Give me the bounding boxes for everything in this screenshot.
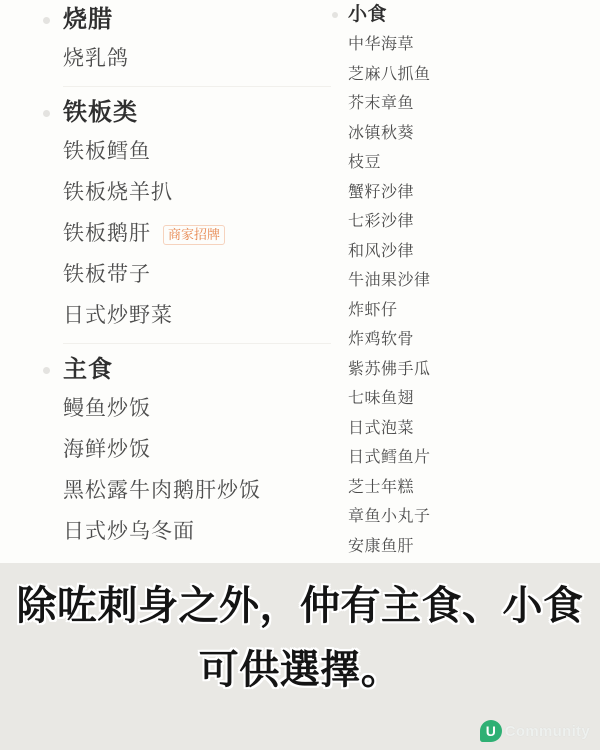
menu-item[interactable]: 海鲜炒饭 <box>63 435 348 465</box>
ucommunity-logo-text: Community <box>505 723 590 740</box>
menu-item-label: 炸鸡软骨 <box>348 326 414 349</box>
menu-item[interactable]: 枝豆 <box>348 146 593 176</box>
section-divider <box>63 343 331 344</box>
bullet-icon <box>43 17 50 24</box>
section-header: 铁板类 <box>63 97 348 129</box>
menu-item-label: 铁板鹅肝 <box>63 219 151 249</box>
section-header: 主食 <box>63 354 348 386</box>
menu-item-label: 日式泡菜 <box>348 415 414 438</box>
menu-item[interactable]: 蟹籽沙律 <box>348 176 593 206</box>
menu-item-label: 安康鱼肝 <box>348 533 414 556</box>
menu-item-label: 铁板带子 <box>63 260 151 290</box>
ucommunity-logo: U Community <box>480 720 590 742</box>
menu-item-label: 冰镇秋葵 <box>348 120 414 143</box>
caption-line-2: 可供選擇。 <box>0 646 600 694</box>
signature-tag: 商家招牌 <box>163 225 225 245</box>
menu-item-label: 铁板鳕鱼 <box>63 137 151 167</box>
menu-item-label: 七彩沙律 <box>348 208 414 231</box>
menu-item-label: 芥末章鱼 <box>348 90 414 113</box>
bullet-icon <box>43 110 50 117</box>
section-header-row: 小食 <box>348 2 593 28</box>
menu-item[interactable]: 芝麻八抓鱼 <box>348 58 593 88</box>
bullet-icon <box>332 12 338 18</box>
menu-item-label: 芝麻八抓鱼 <box>348 61 431 84</box>
menu-item-label: 鳗鱼炒饭 <box>63 394 151 424</box>
menu-item-label: 芝士年糕 <box>348 474 414 497</box>
section-header-row: 主食 <box>63 354 348 386</box>
left-column: 烧腊烧乳鸽铁板类铁板鳕鱼铁板烧羊扒铁板鹅肝商家招牌铁板带子日式炒野菜主食鳗鱼炒饭… <box>63 0 348 547</box>
menu-item-label: 枝豆 <box>348 149 381 172</box>
menu-item-label: 紫苏佛手瓜 <box>348 356 431 379</box>
menu-item-label: 烧乳鸽 <box>63 44 129 74</box>
menu-item[interactable]: 铁板鳕鱼 <box>63 137 348 167</box>
menu-item[interactable]: 和风沙律 <box>348 235 593 265</box>
menu-item[interactable]: 日式泡菜 <box>348 412 593 442</box>
menu-item[interactable]: 日式鳕鱼片 <box>348 441 593 471</box>
menu-section: 主食鳗鱼炒饭海鲜炒饭黑松露牛肉鹅肝炒饭日式炒乌冬面 <box>63 354 348 547</box>
bullet-icon <box>43 367 50 374</box>
menu-item[interactable]: 鳗鱼炒饭 <box>63 394 348 424</box>
section-divider <box>63 86 331 87</box>
section-header-row: 烧腊 <box>63 4 348 36</box>
menu-item[interactable]: 铁板鹅肝商家招牌 <box>63 219 348 249</box>
section-header-row: 铁板类 <box>63 97 348 129</box>
menu-item-label: 日式炒野菜 <box>63 301 173 331</box>
menu-item-label: 七味鱼翅 <box>348 385 414 408</box>
menu-item-label: 黑松露牛肉鹅肝炒饭 <box>63 476 261 506</box>
menu-item-label: 日式鳕鱼片 <box>348 444 431 467</box>
section-header: 小食 <box>348 2 593 28</box>
ucommunity-badge-icon: U <box>480 720 502 742</box>
menu-item[interactable]: 七彩沙律 <box>348 205 593 235</box>
caption-line-1: 除咗刺身之外，仲有主食、小食 <box>0 582 600 630</box>
menu-item-label: 日式炒乌冬面 <box>63 517 195 547</box>
menu-item-label: 章鱼小丸子 <box>348 503 431 526</box>
menu-item-label: 炸虾仔 <box>348 297 398 320</box>
menu-section: 烧腊烧乳鸽 <box>63 4 348 74</box>
menu-item[interactable]: 炸鸡软骨 <box>348 323 593 353</box>
menu-item[interactable]: 烧乳鸽 <box>63 44 348 74</box>
menu-item[interactable]: 炸虾仔 <box>348 294 593 324</box>
menu-item[interactable]: 日式炒野菜 <box>63 301 348 331</box>
menu-item[interactable]: 紫苏佛手瓜 <box>348 353 593 383</box>
menu-item-label: 海鲜炒饭 <box>63 435 151 465</box>
menu-item-label: 牛油果沙律 <box>348 267 431 290</box>
menu-item[interactable]: 日式炒乌冬面 <box>63 517 348 547</box>
menu-item-label: 中华海草 <box>348 31 414 54</box>
menu-item[interactable]: 牛油果沙律 <box>348 264 593 294</box>
menu-item[interactable]: 中华海草 <box>348 28 593 58</box>
menu-item[interactable]: 铁板烧羊扒 <box>63 178 348 208</box>
menu-item-label: 铁板烧羊扒 <box>63 178 173 208</box>
right-column: 小食中华海草芝麻八抓鱼芥末章鱼冰镇秋葵枝豆蟹籽沙律七彩沙律和风沙律牛油果沙律炸虾… <box>348 0 593 559</box>
menu-item[interactable]: 七味鱼翅 <box>348 382 593 412</box>
menu-item-label: 和风沙律 <box>348 238 414 261</box>
menu-item[interactable]: 铁板带子 <box>63 260 348 290</box>
section-header: 烧腊 <box>63 4 348 36</box>
menu-item[interactable]: 章鱼小丸子 <box>348 500 593 530</box>
menu-section: 铁板类铁板鳕鱼铁板烧羊扒铁板鹅肝商家招牌铁板带子日式炒野菜 <box>63 97 348 331</box>
menu-item[interactable]: 黑松露牛肉鹅肝炒饭 <box>63 476 348 506</box>
menu-panel: 烧腊烧乳鸽铁板类铁板鳕鱼铁板烧羊扒铁板鹅肝商家招牌铁板带子日式炒野菜主食鳗鱼炒饭… <box>0 0 600 750</box>
menu-item[interactable]: 芥末章鱼 <box>348 87 593 117</box>
menu-item-label: 蟹籽沙律 <box>348 179 414 202</box>
menu-item[interactable]: 冰镇秋葵 <box>348 117 593 147</box>
menu-item[interactable]: 芝士年糕 <box>348 471 593 501</box>
menu-item[interactable]: 安康鱼肝 <box>348 530 593 560</box>
